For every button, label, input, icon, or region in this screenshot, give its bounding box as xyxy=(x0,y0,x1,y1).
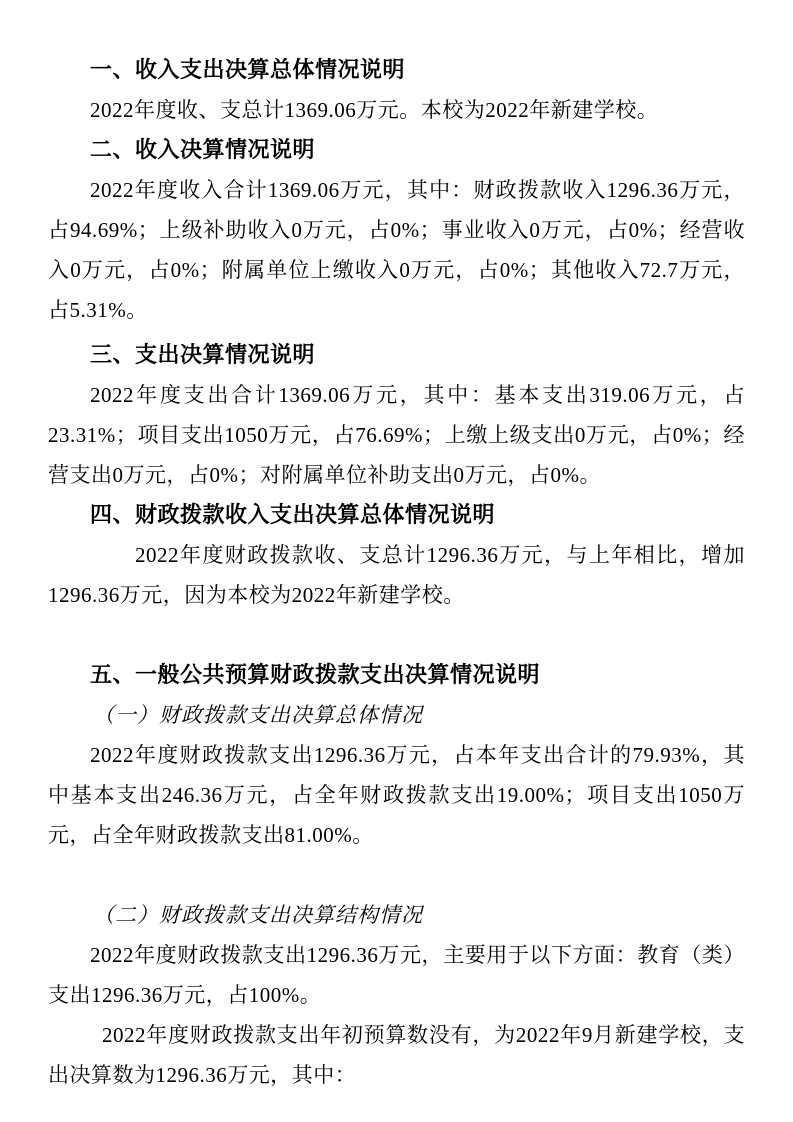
section-heading-expense-final-accounts: 三、支出决算情况说明 xyxy=(48,335,745,375)
paragraph-appropriation-expense-budget-note: 2022年度财政拨款支出年初预算数没有，为2022年9月新建学校，支出决算数为1… xyxy=(48,1015,745,1095)
section-heading-public-budget-expense: 五、一般公共预算财政拨款支出决算情况说明 xyxy=(48,655,745,695)
document-page: 一、收入支出决算总体情况说明 2022年度收、支总计1369.06万元。本校为2… xyxy=(0,0,793,1122)
paragraph-expense-final-accounts: 2022年度支出合计1369.06万元，其中：基本支出319.06万元，占23.… xyxy=(48,375,745,495)
paragraph-fiscal-appropriation-overview: 2022年度财政拨款收、支总计1296.36万元，与上年相比，增加1296.36… xyxy=(48,535,745,615)
paragraph-income-expense-overview: 2022年度收、支总计1369.06万元。本校为2022年新建学校。 xyxy=(48,90,745,130)
section-heading-income-expense-overview: 一、收入支出决算总体情况说明 xyxy=(48,50,745,90)
subheading-appropriation-expense-overall: （一）财政拨款支出决算总体情况 xyxy=(48,695,745,735)
paragraph-appropriation-expense-overall: 2022年度财政拨款支出1296.36万元，占本年支出合计的79.93%，其中基… xyxy=(48,735,745,855)
paragraph-income-final-accounts: 2022年度收入合计1369.06万元，其中：财政拨款收入1296.36万元，占… xyxy=(48,170,745,330)
section-heading-fiscal-appropriation-overview: 四、财政拨款收入支出决算总体情况说明 xyxy=(48,495,745,535)
blank-line-spacer xyxy=(48,855,745,895)
blank-line-spacer xyxy=(48,615,745,655)
section-heading-income-final-accounts: 二、收入决算情况说明 xyxy=(48,130,745,170)
subheading-appropriation-expense-structure: （二）财政拨款支出决算结构情况 xyxy=(48,895,745,935)
paragraph-appropriation-expense-structure: 2022年度财政拨款支出1296.36万元，主要用于以下方面：教育（类）支出12… xyxy=(48,935,745,1015)
